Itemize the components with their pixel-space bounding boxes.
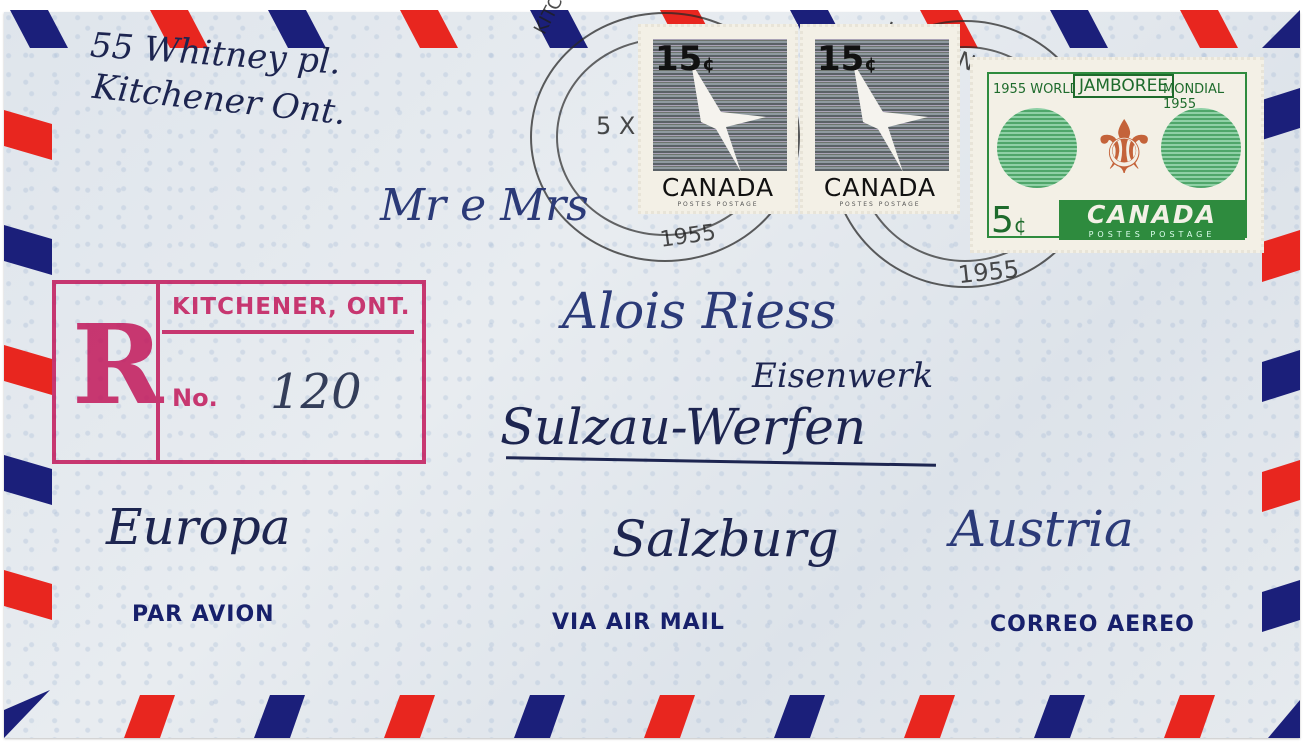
globe-americas-icon xyxy=(997,108,1077,188)
stamp-denomination: 5 xyxy=(991,200,1014,241)
stamp-15c-gannet-1: 15¢ CANADA POSTES POSTAGE xyxy=(638,24,798,214)
recipient-salutation: Mr e Mrs xyxy=(380,180,589,231)
globe-eastern-icon xyxy=(1161,108,1241,188)
stamp-5c-jamboree: 1955 WORLD JAMBOREE MONDIAL 1955 ⚜ 5¢ CA… xyxy=(970,57,1264,253)
stamp-country: CANADA xyxy=(803,173,957,202)
airmail-label-french: PAR AVION xyxy=(132,602,275,627)
recipient-city: Salzburg xyxy=(612,510,839,568)
postmark-1-date: 5 X xyxy=(596,112,635,140)
stamp-denomination: 15 xyxy=(817,39,864,79)
recipient-name: Alois Riess xyxy=(562,282,836,340)
destination-note: Europa xyxy=(106,498,291,556)
stamp-country: CANADA xyxy=(641,173,795,202)
fleur-de-lis-icon: ⚜ xyxy=(1091,108,1157,188)
airmail-label-english: VIA AIR MAIL xyxy=(552,610,725,635)
stamp-caption-left: 1955 WORLD xyxy=(993,82,1080,97)
registration-office: KITCHENER, ONT. xyxy=(172,294,411,320)
stamp-caption-right: MONDIAL 1955 xyxy=(1163,82,1261,112)
recipient-company: Eisenwerk xyxy=(752,356,933,396)
registration-number-label: No. xyxy=(172,384,218,412)
recipient-country: Austria xyxy=(950,500,1134,558)
stamp-caption-center: JAMBOREE xyxy=(1073,74,1174,98)
airmail-label-spanish: CORREO AEREO xyxy=(990,612,1195,637)
stamp-subtitle: POSTES POSTAGE xyxy=(641,201,795,208)
stamp-denomination: 15 xyxy=(655,39,702,79)
stamp-subtitle: POSTES POSTAGE xyxy=(1059,230,1245,239)
registration-number: 120 xyxy=(270,364,362,420)
stamp-country: CANADA xyxy=(1059,200,1245,229)
recipient-locality: Sulzau-Werfen xyxy=(500,398,866,456)
registration-label: R KITCHENER, ONT. No. 120 xyxy=(52,280,426,464)
stamp-subtitle: POSTES POSTAGE xyxy=(803,201,957,208)
stamp-15c-gannet-2: 15¢ CANADA POSTES POSTAGE xyxy=(800,24,960,214)
registration-letter: R xyxy=(72,310,163,420)
